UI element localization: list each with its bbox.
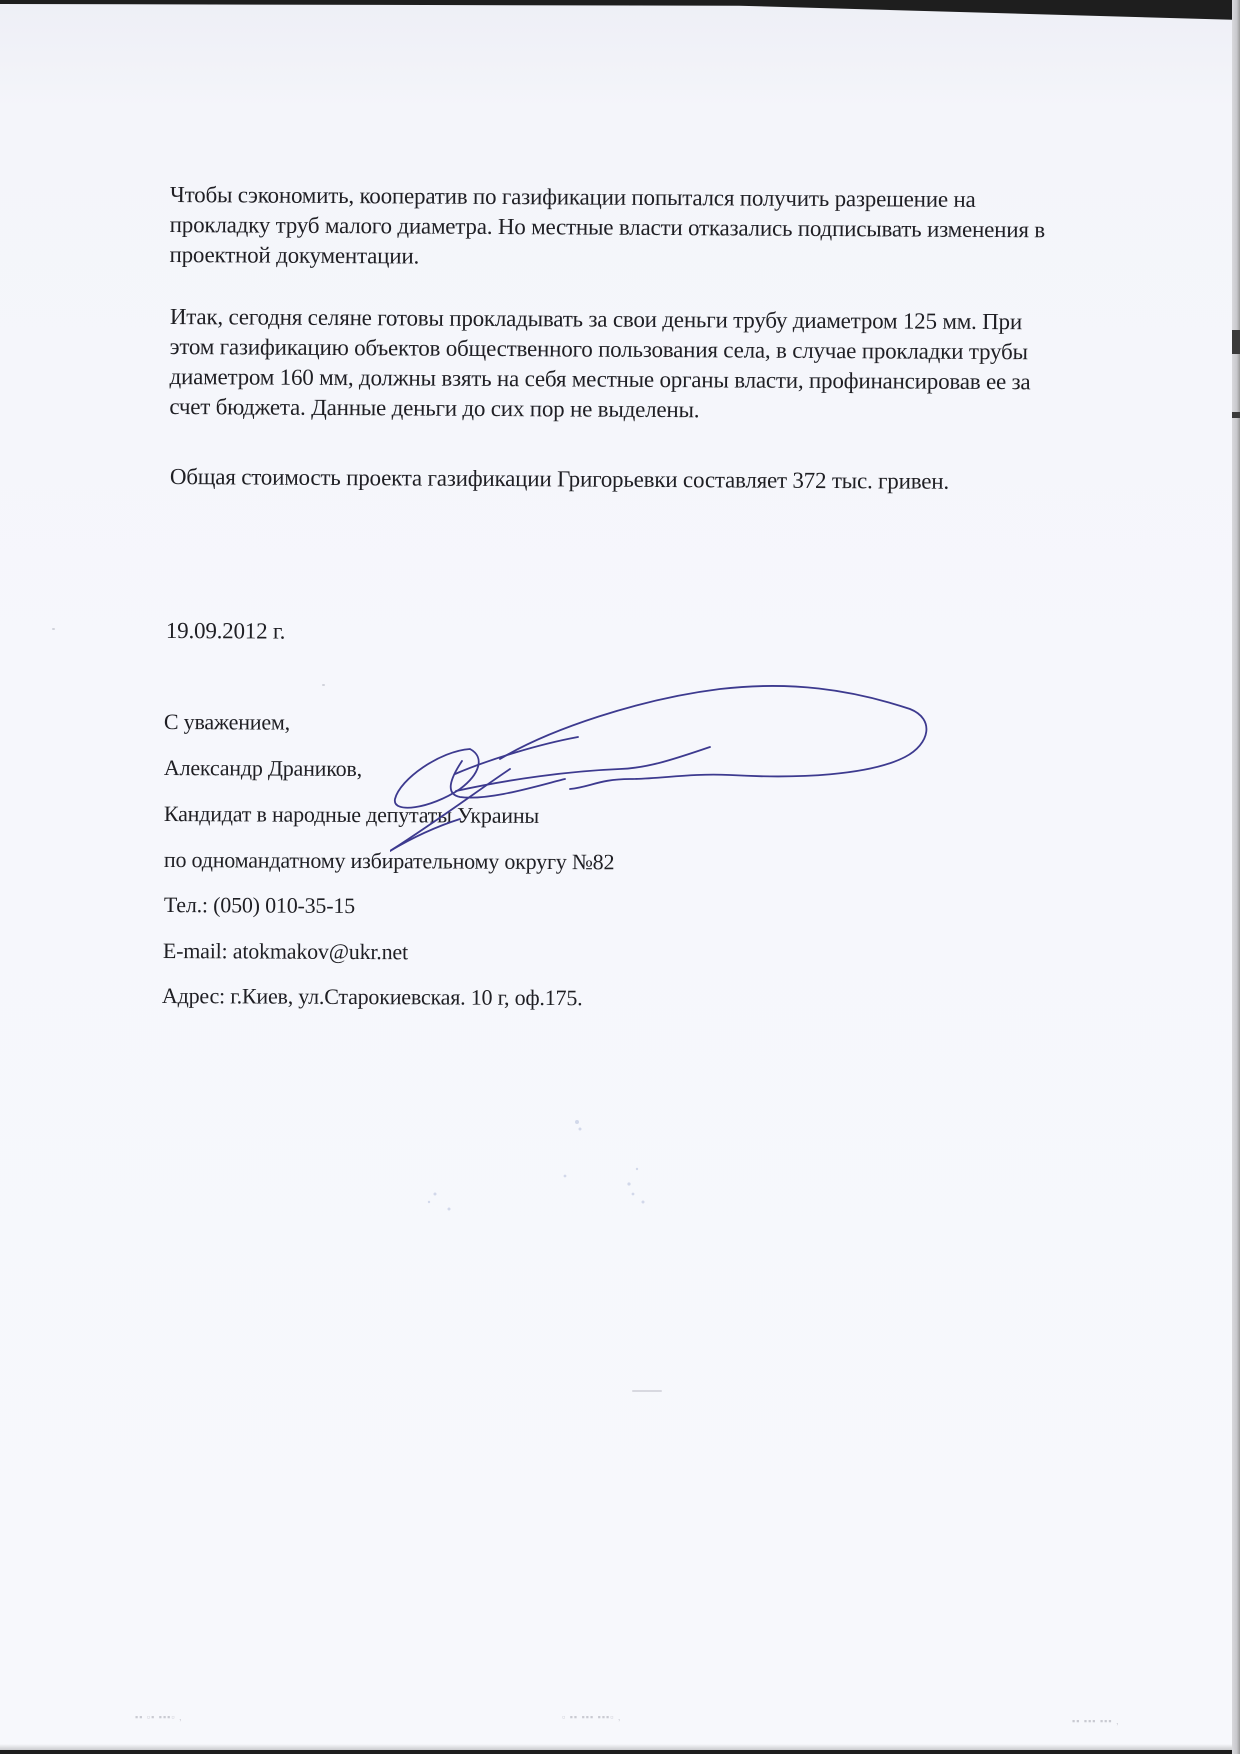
signer-district: по одномандатному избирательному округу … [164, 845, 615, 877]
scan-speck [322, 684, 325, 686]
bleed-through-mark: ▪▪ ▫▪ ▪▪▪▫ , [135, 1712, 183, 1722]
paragraph-3: Общая стоимость проекта газификации Григ… [170, 462, 1160, 498]
scanned-document: Чтобы сэкономить, кооператив по газифика… [0, 0, 1240, 1754]
signer-address: Адрес: г.Киев, ул.Старокиевская. 10 г, о… [162, 981, 583, 1013]
scanner-edge-mark [1232, 412, 1240, 418]
document-date: 19.09.2012 г. [166, 616, 285, 647]
scanner-edge [1232, 0, 1240, 1754]
scanner-edge-mark [1232, 330, 1240, 354]
faint-stamp-mark [405, 1084, 665, 1234]
paragraph-1: Чтобы сэкономить, кооператив по газифика… [169, 180, 1160, 276]
signer-email: E-mail: atokmakov@ukr.net [163, 936, 408, 967]
signer-phone: Тел.: (050) 010-35-15 [164, 890, 355, 921]
bleed-through-mark: ▪▪ ▪▪▪ ▪▪▪ , [1072, 1716, 1120, 1726]
salutation: С уважением, [164, 707, 290, 738]
signer-title: Кандидат в народные депутаты Украины [164, 799, 539, 831]
handwritten-signature [390, 679, 950, 859]
paragraph-2: Итак, сегодня селяне готовы прокладывать… [169, 302, 1160, 428]
paragraph-line: Общая стоимость проекта газификации Григ… [170, 462, 1160, 498]
scan-speck [52, 628, 55, 630]
paper-sheet: Чтобы сэкономить, кооператив по газифика… [0, 4, 1232, 1750]
bleed-through-mark: ▫ ▪▪ ▪▪▪ ▪▪▪▫ , [562, 1712, 621, 1722]
paragraph-line: счет бюджета. Данные деньги до сих пор н… [169, 392, 1159, 428]
scan-speck [632, 1390, 662, 1392]
signer-name: Александр Драников, [164, 753, 362, 784]
paragraph-line: проектной документации. [169, 240, 1159, 276]
